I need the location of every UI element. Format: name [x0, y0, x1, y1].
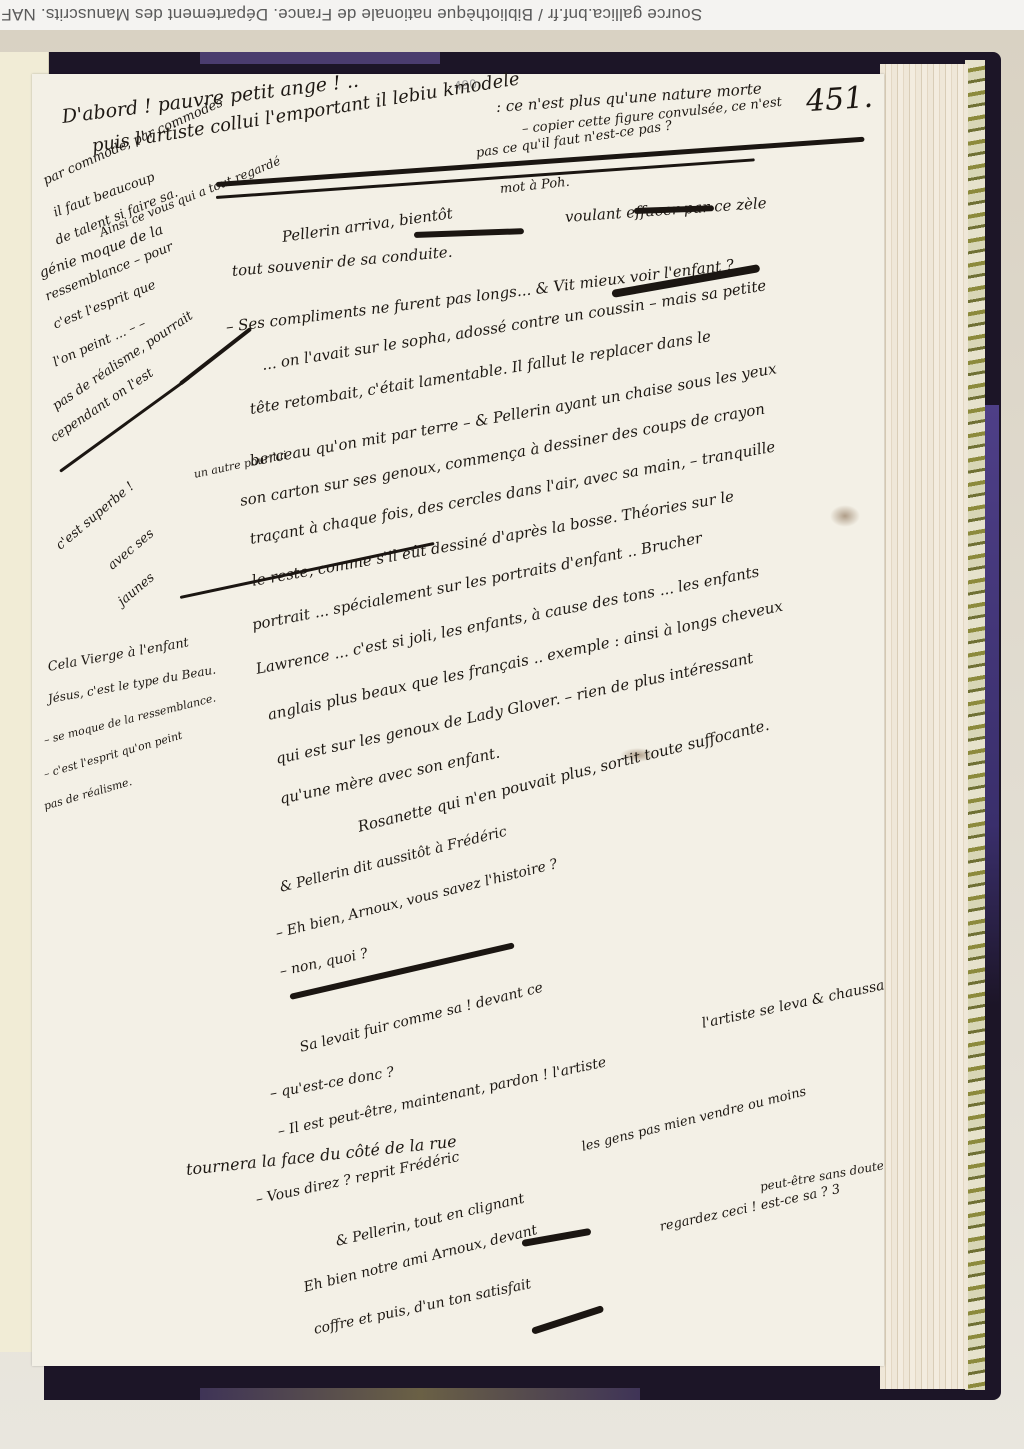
cover-accent-top — [200, 52, 440, 64]
source-credit-bar: Source gallica.bnf.fr / Bibliothèque nat… — [0, 0, 1024, 30]
source-credit: Source gallica.bnf.fr / Bibliothèque nat… — [0, 4, 702, 24]
cover-accent-side — [985, 405, 999, 1005]
page-edges — [880, 64, 968, 1389]
page-number: 451. — [805, 80, 874, 120]
cover-accent-bottom — [200, 1388, 640, 1400]
ink-stain — [830, 505, 860, 527]
marbled-endpaper — [965, 60, 985, 1390]
